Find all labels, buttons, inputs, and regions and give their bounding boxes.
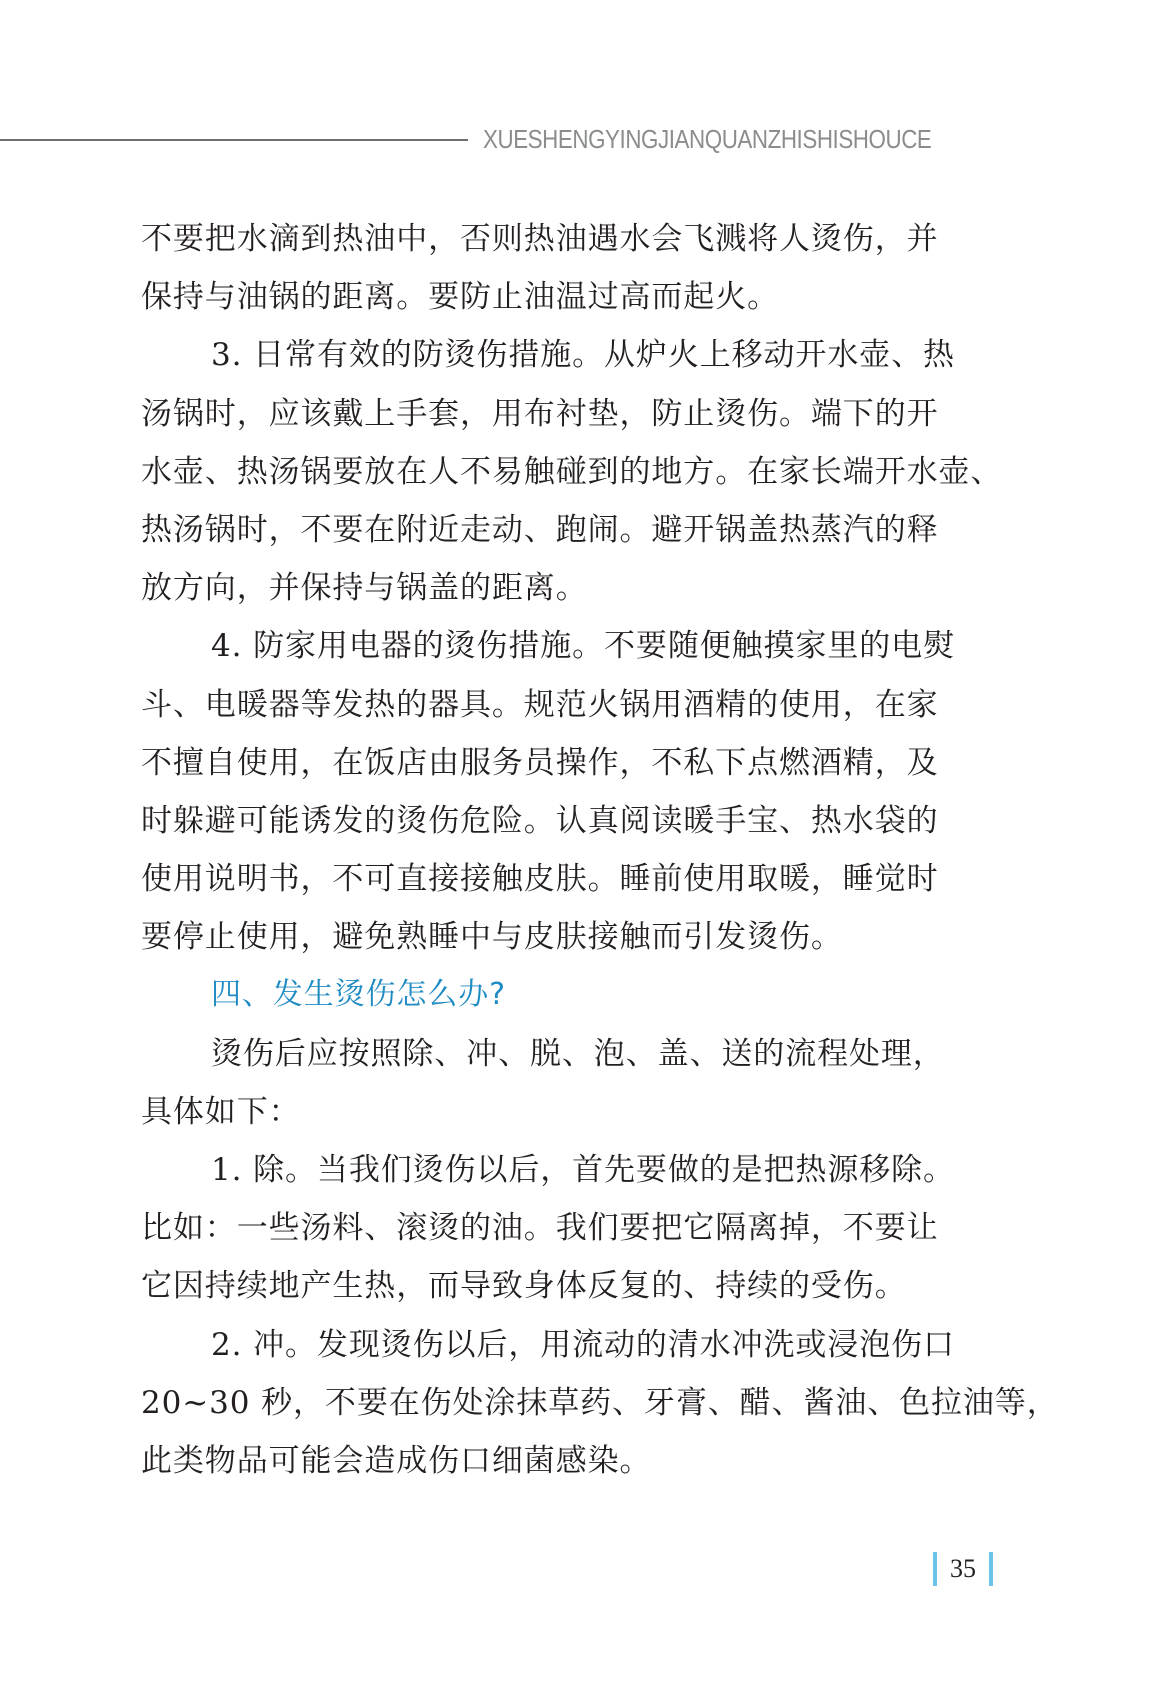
section-heading: 四、发生烫伤怎么办?: [141, 966, 996, 1024]
step-1-start: 1. 除。当我们烫伤以后，首先要做的是把热源移除。: [141, 1141, 996, 1199]
body-line: 20~30 秒，不要在伤处涂抹草药、牙膏、醋、酱油、色拉油等，: [141, 1374, 996, 1432]
line-text: 放方向，并保持与锅盖的距离。: [141, 570, 588, 606]
body-line: 放方向，并保持与锅盖的距离。: [141, 559, 996, 617]
line-text: 要停止使用，避免熟睡中与皮肤接触而引发烫伤。: [141, 919, 843, 955]
line-text: 4. 防家用电器的烫伤措施。不要随便触摸家里的电熨: [211, 628, 955, 664]
body-line: 热汤锅时，不要在附近走动、跑闹。避开锅盖热蒸汽的释: [141, 501, 996, 559]
paragraph-3-start: 3. 日常有效的防烫伤措施。从炉火上移动开水壶、热: [141, 326, 996, 384]
body-line: 不擅自使用，在饭店由服务员操作，不私下点燃酒精，及: [141, 734, 996, 792]
line-text: 比如：一些汤料、滚烫的油。我们要把它隔离掉，不要让: [141, 1210, 939, 1246]
page-number-block: 35: [933, 1551, 993, 1587]
step-2-start: 2. 冲。发现烫伤以后，用流动的清水冲洗或浸泡伤口: [141, 1316, 996, 1374]
line-text: 2. 冲。发现烫伤以后，用流动的清水冲洗或浸泡伤口: [211, 1327, 955, 1363]
line-text: 使用说明书，不可直接接触皮肤。睡前使用取暖，睡觉时: [141, 861, 939, 897]
page-body: 不要把水滴到热油中，否则热油遇水会飞溅将人烫伤，并 保持与油锅的距离。要防止油温…: [141, 210, 996, 1490]
page-number: 35: [937, 1554, 989, 1584]
line-text: 时躲避可能诱发的烫伤危险。认真阅读暖手宝、热水袋的: [141, 803, 939, 839]
paragraph-intro-start: 烫伤后应按照除、冲、脱、泡、盖、送的流程处理，: [141, 1025, 996, 1083]
body-line: 它因持续地产生热，而导致身体反复的、持续的受伤。: [141, 1257, 996, 1315]
body-line: 保持与油锅的距离。要防止油温过高而起火。: [141, 268, 996, 326]
running-header: XUESHENGYINGJIANQUANZHISHISHOUCE: [483, 124, 931, 155]
line-text: 热汤锅时，不要在附近走动、跑闹。避开锅盖热蒸汽的释: [141, 512, 939, 548]
body-line: 不要把水滴到热油中，否则热油遇水会飞溅将人烫伤，并: [141, 210, 996, 268]
body-line: 此类物品可能会造成伤口细菌感染。: [141, 1432, 996, 1490]
body-line: 斗、电暖器等发热的器具。规范火锅用酒精的使用，在家: [141, 676, 996, 734]
body-line: 具体如下：: [141, 1083, 996, 1141]
header-rule: [0, 139, 468, 141]
line-text: 不擅自使用，在饭店由服务员操作，不私下点燃酒精，及: [141, 745, 939, 781]
body-line: 使用说明书，不可直接接触皮肤。睡前使用取暖，睡觉时: [141, 850, 996, 908]
line-text: 具体如下：: [141, 1094, 301, 1130]
body-line: 要停止使用，避免熟睡中与皮肤接触而引发烫伤。: [141, 908, 996, 966]
heading-text: 四、发生烫伤怎么办?: [211, 977, 506, 1012]
body-line: 比如：一些汤料、滚烫的油。我们要把它隔离掉，不要让: [141, 1199, 996, 1257]
body-line: 汤锅时，应该戴上手套，用布衬垫，防止烫伤。端下的开: [141, 385, 996, 443]
body-line: 时躲避可能诱发的烫伤危险。认真阅读暖手宝、热水袋的: [141, 792, 996, 850]
line-text: 斗、电暖器等发热的器具。规范火锅用酒精的使用，在家: [141, 687, 939, 723]
line-text: 3. 日常有效的防烫伤措施。从炉火上移动开水壶、热: [211, 337, 955, 373]
line-text: 1. 除。当我们烫伤以后，首先要做的是把热源移除。: [211, 1152, 955, 1188]
line-text: 它因持续地产生热，而导致身体反复的、持续的受伤。: [141, 1268, 907, 1304]
line-text: 烫伤后应按照除、冲、脱、泡、盖、送的流程处理，: [211, 1036, 945, 1072]
line-text: 此类物品可能会造成伤口细菌感染。: [141, 1443, 651, 1479]
line-text: 20~30 秒，不要在伤处涂抹草药、牙膏、醋、酱油、色拉油等，: [141, 1385, 1059, 1421]
line-text: 不要把水滴到热油中，否则热油遇水会飞溅将人烫伤，并: [141, 221, 939, 257]
page-number-right-bar: [989, 1552, 993, 1586]
paragraph-4-start: 4. 防家用电器的烫伤措施。不要随便触摸家里的电熨: [141, 617, 996, 675]
line-text: 保持与油锅的距离。要防止油温过高而起火。: [141, 279, 779, 315]
body-line: 水壶、热汤锅要放在人不易触碰到的地方。在家长端开水壶、: [141, 443, 996, 501]
line-text: 汤锅时，应该戴上手套，用布衬垫，防止烫伤。端下的开: [141, 396, 939, 432]
line-text: 水壶、热汤锅要放在人不易触碰到的地方。在家长端开水壶、: [141, 454, 1002, 490]
